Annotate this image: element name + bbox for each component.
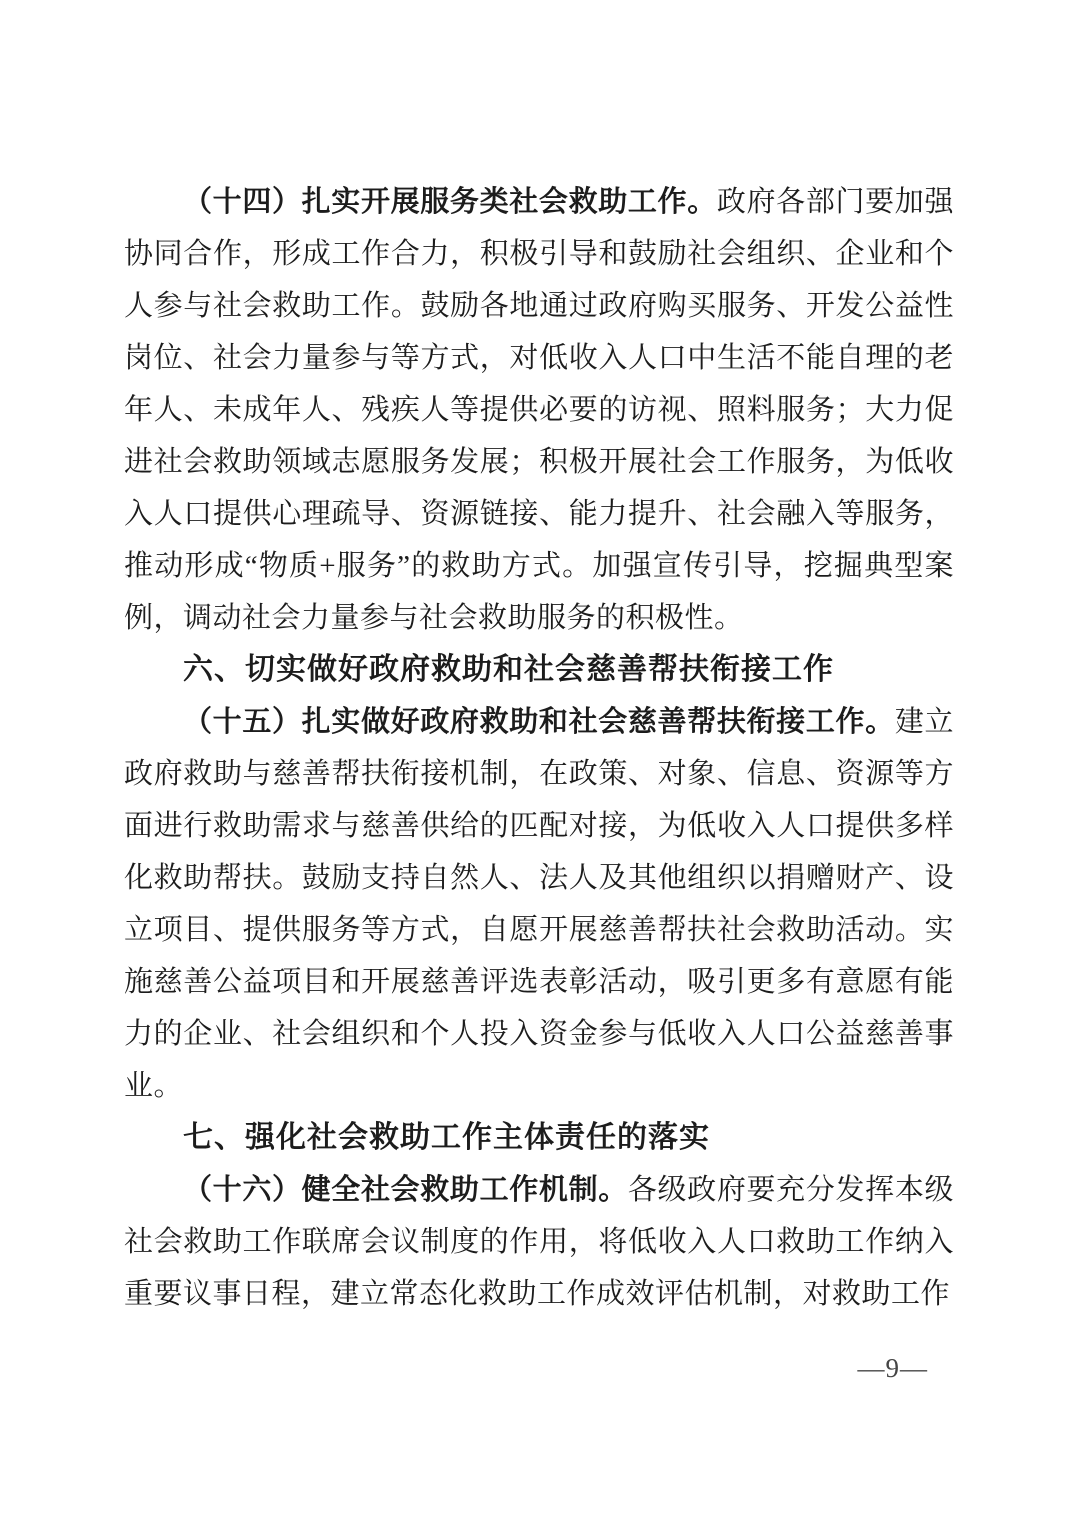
document-page: （十四）扎实开展服务类社会救助工作。政府各部门要加强协同合作，形成工作合力，积极…: [0, 0, 1074, 1520]
paragraph-item-16: （十六）健全社会救助工作机制。各级政府要充分发挥本级社会救助工作联席会议制度的作…: [124, 1164, 954, 1320]
paragraph-lead-14: （十四）扎实开展服务类社会救助工作。: [183, 186, 717, 218]
paragraph-item-15: （十五）扎实做好政府救助和社会慈善帮扶衔接工作。建立政府救助与慈善帮扶衔接机制，…: [124, 696, 954, 1112]
paragraph-lead-16: （十六）健全社会救助工作机制。: [183, 1174, 628, 1206]
page-number: —9—: [858, 1352, 929, 1384]
paragraph-text-15: 建立政府救助与慈善帮扶衔接机制，在政策、对象、信息、资源等方面进行救助需求与慈善…: [124, 706, 954, 1102]
paragraph-lead-15: （十五）扎实做好政府救助和社会慈善帮扶衔接工作。: [183, 706, 895, 738]
paragraph-item-14: （十四）扎实开展服务类社会救助工作。政府各部门要加强协同合作，形成工作合力，积极…: [124, 176, 954, 644]
section-heading-7: 七、强化社会救助工作主体责任的落实: [124, 1112, 954, 1164]
document-content: （十四）扎实开展服务类社会救助工作。政府各部门要加强协同合作，形成工作合力，积极…: [124, 176, 954, 1320]
paragraph-text-14: 政府各部门要加强协同合作，形成工作合力，积极引导和鼓励社会组织、企业和个人参与社…: [124, 186, 954, 634]
section-heading-6: 六、切实做好政府救助和社会慈善帮扶衔接工作: [124, 644, 954, 696]
